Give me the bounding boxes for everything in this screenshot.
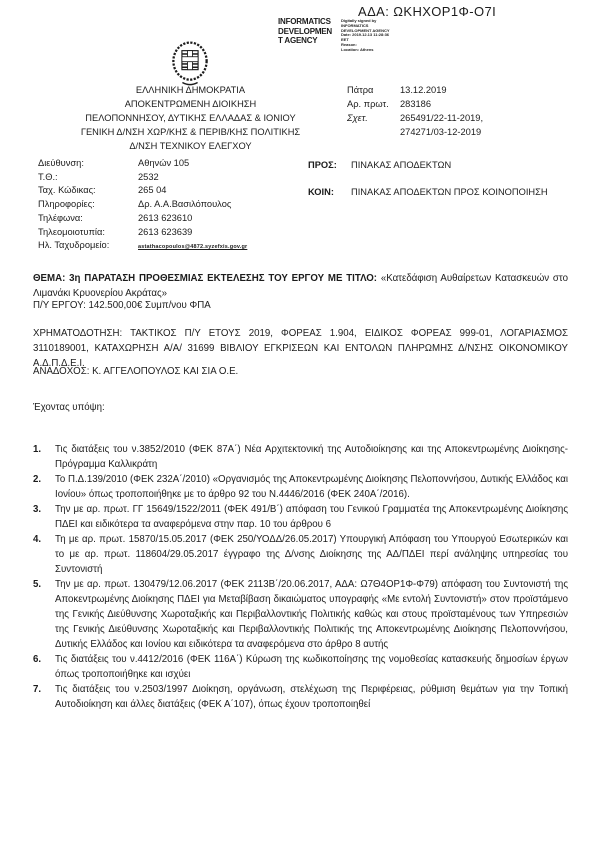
contact-block: Διεύθυνση: Αθηνών 105 Τ.Θ.: 2532 Ταχ. Κώ… <box>38 157 247 255</box>
cc-label: ΚΟΙΝ: <box>308 185 351 199</box>
related-label-empty <box>347 125 400 139</box>
legal-item-5: 5. Την με αρ. πρωτ. 130479/12.06.2017 (Φ… <box>33 577 568 652</box>
subject-paragraph: ΘΕΜΑ: 3η ΠΑΡΑΤΑΣΗ ΠΡΟΘΕΣΜΙΑΣ ΕΚΤΕΛΕΣΗΣ Τ… <box>33 271 568 301</box>
item-text: Την με αρ. πρωτ. 130479/12.06.2017 (ΦΕΚ … <box>55 579 568 650</box>
legal-item-3: 3. Την με αρ. πρωτ. ΓΓ 15649/1522/2011 (… <box>33 502 568 532</box>
legal-item-6: 6. Τις διατάξεις του ν.4412/2016 (ΦΕΚ 11… <box>33 652 568 682</box>
contact-row-information: Πληροφορίες: Δρ. Α.Α.Βασιλόπουλος <box>38 198 247 212</box>
recipient-row-cc: ΚΟΙΝ: ΠΙΝΑΚΑΣ ΑΠΟΔΕΚΤΩΝ ΠΡΟΣ ΚΟΙΝΟΠΟΙΗΣΗ <box>308 185 548 199</box>
contact-value: Αθηνών 105 <box>138 157 189 171</box>
meta-row-city-date: Πάτρα 13.12.2019 <box>347 83 483 97</box>
contact-row-email: Ηλ. Ταχυδρομείο: astathacopoulos@4872.sy… <box>38 239 247 255</box>
related-value-2: 274271/03-12-2019 <box>400 125 481 139</box>
item-number: 2. <box>33 472 41 487</box>
to-label: ΠΡΟΣ: <box>308 158 351 172</box>
contractor-line: ΑΝΑΔΟΧΟΣ: Κ. ΑΓΓΕΛΟΠΟΥΛΟΣ ΚΑΙ ΣΙΑ Ο.Ε. <box>33 364 568 379</box>
related-value-1: 265491/22-11-2019, <box>400 111 483 125</box>
legal-item-1: 1. Τις διατάξεις του ν.3852/2010 (ΦΕΚ 87… <box>33 442 568 472</box>
item-text: Τις διατάξεις του ν.3852/2010 (ΦΕΚ 87Α΄)… <box>55 444 568 470</box>
contact-value: 2613 623639 <box>138 226 192 240</box>
item-text: Την με αρ. πρωτ. ΓΓ 15649/1522/2011 (ΦΕΚ… <box>55 504 568 530</box>
contact-row-pobox: Τ.Θ.: 2532 <box>38 171 247 185</box>
contact-row-postal-code: Ταχ. Κώδικας: 265 04 <box>38 184 247 198</box>
meta-row-related-2: 274271/03-12-2019 <box>347 125 483 139</box>
signature-agency-name: INFORMATICS DEVELOPMEN T AGENCY <box>278 17 336 53</box>
contact-label: Τηλεομοιοτυπία: <box>38 226 138 240</box>
item-number: 1. <box>33 442 41 457</box>
cc-value: ΠΙΝΑΚΑΣ ΑΠΟΔΕΚΤΩΝ ΠΡΟΣ ΚΟΙΝΟΠΟΙΗΣΗ <box>351 185 548 199</box>
recipient-row-to: ΠΡΟΣ: ΠΙΝΑΚΑΣ ΑΠΟΔΕΚΤΩΝ <box>308 158 548 172</box>
item-number: 3. <box>33 502 41 517</box>
item-text: Τις διατάξεις του ν.2503/1997 Διοίκηση, … <box>55 684 568 710</box>
contact-label: Διεύθυνση: <box>38 157 138 171</box>
item-number: 4. <box>33 532 41 547</box>
signature-detail-line: Location: Athens <box>341 48 390 53</box>
legal-references-list: 1. Τις διατάξεις του ν.3852/2010 (ΦΕΚ 87… <box>33 442 568 712</box>
digital-signature-stamp: INFORMATICS DEVELOPMEN T AGENCY Digitall… <box>278 17 390 53</box>
contact-value: Δρ. Α.Α.Βασιλόπουλος <box>138 198 231 212</box>
contact-value: 2532 <box>138 171 159 185</box>
date-value: 13.12.2019 <box>400 83 447 97</box>
date-protocol-block: Πάτρα 13.12.2019 Αρ. πρωτ. 283186 Σχετ. … <box>347 83 483 139</box>
item-text: Τις διατάξεις του ν.4412/2016 (ΦΕΚ 116Α΄… <box>55 654 568 680</box>
signature-details: Digitally signed by INFORMATICS DEVELOPM… <box>341 17 390 53</box>
budget-line: Π/Υ ΕΡΓΟΥ: 142.500,00€ Συμπ/νου ΦΠΑ <box>33 298 568 313</box>
signature-agency-line: DEVELOPMEN <box>278 27 336 37</box>
contact-row-fax: Τηλεομοιοτυπία: 2613 623639 <box>38 226 247 240</box>
org-line-directorate: Δ/ΝΣΗ ΤΕΧΝΙΚΟΥ ΕΛΕΓΧΟΥ <box>43 139 338 153</box>
contact-label: Τηλέφωνα: <box>38 212 138 226</box>
item-text: Το Π.Δ.139/2010 (ΦΕΚ 232Α΄/2010) «Οργανι… <box>55 474 568 500</box>
subject-heading: ΘΕΜΑ: 3η ΠΑΡΑΤΑΣΗ ΠΡΟΘΕΣΜΙΑΣ ΕΚΤΕΛΕΣΗΣ Τ… <box>33 273 377 284</box>
protocol-value: 283186 <box>400 97 431 111</box>
contact-label: Ταχ. Κώδικας: <box>38 184 138 198</box>
document-page: ΑΔΑ: ΩΚΗΧΟΡ1Φ-Ο7Ι INFORMATICS DEVELOPMEN… <box>0 0 595 842</box>
org-line-administration: ΑΠΟΚΕΝΤΡΩΜΕΝΗ ΔΙΟΙΚΗΣΗ <box>43 97 338 111</box>
item-number: 5. <box>33 577 41 592</box>
signature-agency-line: T AGENCY <box>278 36 336 46</box>
having-regard-line: Έχοντας υπόψη: <box>33 400 568 415</box>
meta-row-protocol: Αρ. πρωτ. 283186 <box>347 97 483 111</box>
item-text: Τη με αρ. πρωτ. 15870/15.05.2017 (ΦΕΚ 25… <box>55 534 568 575</box>
item-number: 6. <box>33 652 41 667</box>
city-label: Πάτρα <box>347 83 400 97</box>
to-value: ΠΙΝΑΚΑΣ ΑΠΟΔΕΚΤΩΝ <box>351 158 451 172</box>
legal-item-2: 2. Το Π.Δ.139/2010 (ΦΕΚ 232Α΄/2010) «Οργ… <box>33 472 568 502</box>
meta-row-related: Σχετ. 265491/22-11-2019, <box>347 111 483 125</box>
related-label: Σχετ. <box>347 111 400 125</box>
legal-item-7: 7. Τις διατάξεις του ν.2503/1997 Διοίκησ… <box>33 682 568 712</box>
protocol-label: Αρ. πρωτ. <box>347 97 400 111</box>
contact-row-address: Διεύθυνση: Αθηνών 105 <box>38 157 247 171</box>
contact-row-phone: Τηλέφωνα: 2613 623610 <box>38 212 247 226</box>
email-link[interactable]: astathacopoulos@4872.syzefxis.gov.gr <box>138 241 247 255</box>
item-number: 7. <box>33 682 41 697</box>
recipients-block: ΠΡΟΣ: ΠΙΝΑΚΑΣ ΑΠΟΔΕΚΤΩΝ ΚΟΙΝ: ΠΙΝΑΚΑΣ ΑΠ… <box>308 158 548 199</box>
org-line-republic: ΕΛΛΗΝΙΚΗ ΔΗΜΟΚΡΑΤΙΑ <box>43 83 338 97</box>
signature-agency-line: INFORMATICS <box>278 17 336 27</box>
contact-value: 2613 623610 <box>138 212 192 226</box>
contact-label: Ηλ. Ταχυδρομείο: <box>38 239 138 253</box>
legal-item-4: 4. Τη με αρ. πρωτ. 15870/15.05.2017 (ΦΕΚ… <box>33 532 568 577</box>
org-line-general-directorate: ΓΕΝΙΚΗ Δ/ΝΣΗ ΧΩΡ/ΚΗΣ & ΠΕΡΙΒ/ΚΗΣ ΠΟΛΙΤΙΚ… <box>43 125 338 139</box>
org-header: ΕΛΛΗΝΙΚΗ ΔΗΜΟΚΡΑΤΙΑ ΑΠΟΚΕΝΤΡΩΜΕΝΗ ΔΙΟΙΚΗ… <box>43 83 338 153</box>
contact-label: Τ.Θ.: <box>38 171 138 185</box>
contact-value: 265 04 <box>138 184 166 198</box>
org-line-region: ΠΕΛΟΠΟΝΝΗΣΟΥ, ΔΥΤΙΚΗΣ ΕΛΛΑΔΑΣ & ΙΟΝΙΟΥ <box>43 111 338 125</box>
contact-label: Πληροφορίες: <box>38 198 138 212</box>
